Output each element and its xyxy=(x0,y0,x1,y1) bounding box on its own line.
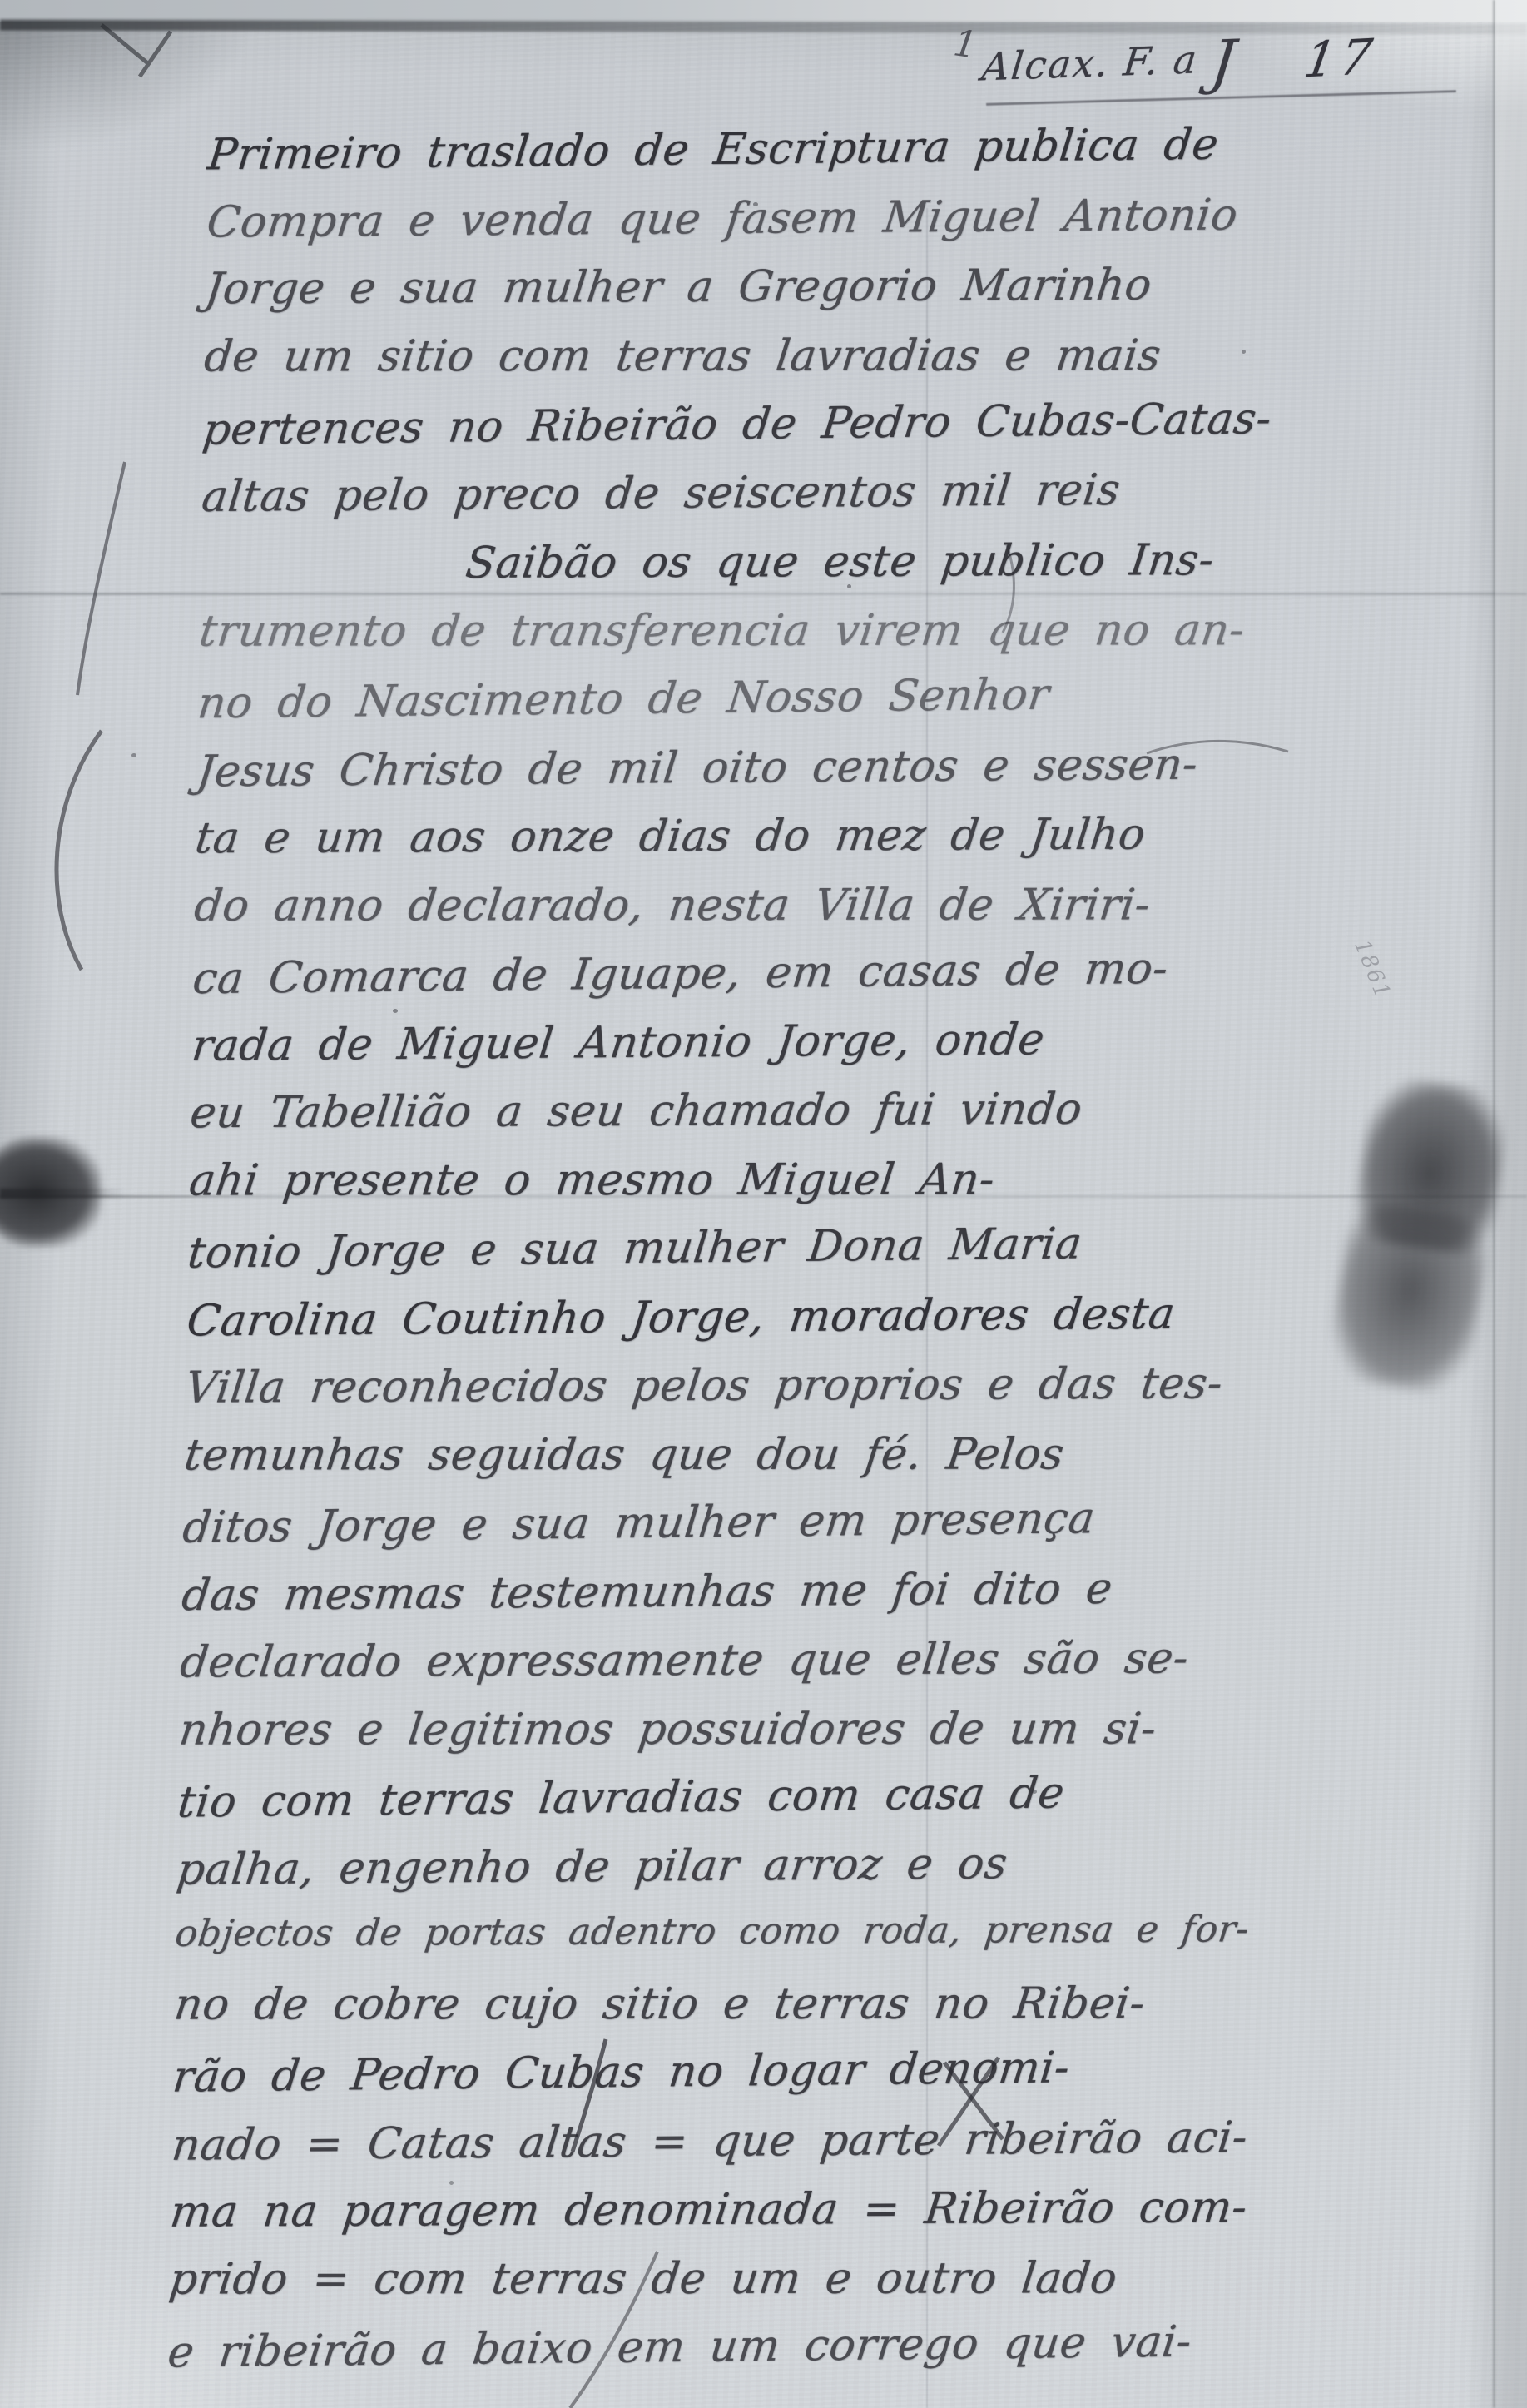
manuscript-line: eu Tabellião a seu chamado fui vindo xyxy=(187,1085,1084,1139)
archival-annotation: Alcax. F. a J xyxy=(979,36,1239,90)
manuscript-line: de um sitio com terras lavradias e mais xyxy=(201,330,1163,381)
manuscript-line: ma na paragem denominada = Ribeirão com- xyxy=(167,2182,1250,2237)
ink-speck xyxy=(1242,350,1246,354)
manuscript-line: ditos Jorge e sua mulher em presença xyxy=(181,1493,1098,1553)
manuscript-line: Jorge e sua mulher a Gregorio Marinho xyxy=(202,261,1154,315)
manuscript-line: das mesmas testemunhas me foi dito e xyxy=(180,1564,1115,1621)
manuscript-line: no de cobre cujo sitio e terras no Ribei… xyxy=(171,1979,1148,2029)
manuscript-line: Carolina Coutinho Jorge, moradores desta xyxy=(185,1289,1178,1347)
manuscript-line: nado = Catas altas = que parte ribeirão … xyxy=(170,2113,1251,2171)
manuscript-line: rão de Pedro Cubas no logar denomi- xyxy=(171,2043,1073,2102)
manuscript-line: Saibão os que este publico Ins- xyxy=(463,535,1217,588)
manuscript-line: trumento de transferencia virem que no a… xyxy=(196,605,1247,656)
page-right-margin xyxy=(1495,0,1527,2408)
manuscript-line: Jesus Christo de mil oito centos e sesse… xyxy=(195,740,1201,797)
ink-blot-left xyxy=(0,1137,102,1247)
fold-crease xyxy=(0,593,1527,595)
ink-speck xyxy=(847,584,851,588)
manuscript-line: no do Nascimento de Nosso Senhor xyxy=(196,670,1053,729)
ink-speck xyxy=(753,202,758,206)
ink-speck xyxy=(551,439,556,442)
scanned-manuscript-photo: { "document": { "kind": "Primeiro trasla… xyxy=(0,0,1527,2408)
page-number: 17 xyxy=(1301,27,1381,88)
annotation-text: Alcax. F. a xyxy=(979,37,1200,89)
manuscript-line: tio com terras lavradias com casa de xyxy=(176,1768,1068,1827)
manuscript-line: ahi presente o mesmo Miguel An- xyxy=(186,1154,997,1205)
manuscript-line: nhores e legitimos possuidores de um si- xyxy=(176,1704,1159,1755)
ink-speck xyxy=(1032,1790,1037,1794)
manuscript-line: Primeiro traslado de Escriptura publica … xyxy=(206,120,1222,181)
manuscript-page: Alcax. F. a J 17 1 1861 Primeiro traslad… xyxy=(0,0,1527,2408)
manuscript-line: ca Comarca de Iguape, em casas de mo- xyxy=(191,944,1171,1004)
manuscript-line: declarado expressamente que elles são se… xyxy=(177,1633,1191,1687)
manuscript-line: do anno declarado, nesta Villa de Xiriri… xyxy=(191,880,1153,931)
manuscript-line: temunhas seguidas que dou fé. Pelos xyxy=(181,1429,1067,1480)
manuscript-line: palha, engenho de pilar arroz e os xyxy=(175,1839,1010,1894)
manuscript-line: tonio Jorge e sua mulher Dona Maria xyxy=(186,1219,1085,1278)
manuscript-line: prido = com terras de um e outro lado xyxy=(166,2253,1120,2304)
page-top-edge xyxy=(0,0,1527,22)
manuscript-line: ta e um aos onze dias do mez de Julho xyxy=(192,810,1148,864)
manuscript-line: Compra e venda que fasem Miguel Antonio xyxy=(205,190,1241,247)
manuscript-line: objectos de portas adentro como roda, pr… xyxy=(173,1908,1252,1954)
manuscript-line: Villa reconhecidos pelos proprios e das … xyxy=(182,1358,1225,1413)
ink-speck xyxy=(393,1009,398,1013)
ink-speck xyxy=(1108,846,1113,850)
manuscript-line: rada de Miguel Antonio Jorge, onde xyxy=(190,1015,1048,1071)
manuscript-line: altas pelo preco de seiscentos mil reis xyxy=(200,465,1123,522)
ink-speck xyxy=(131,753,136,757)
ink-speck xyxy=(587,1586,591,1590)
ink-speck xyxy=(449,2181,454,2185)
